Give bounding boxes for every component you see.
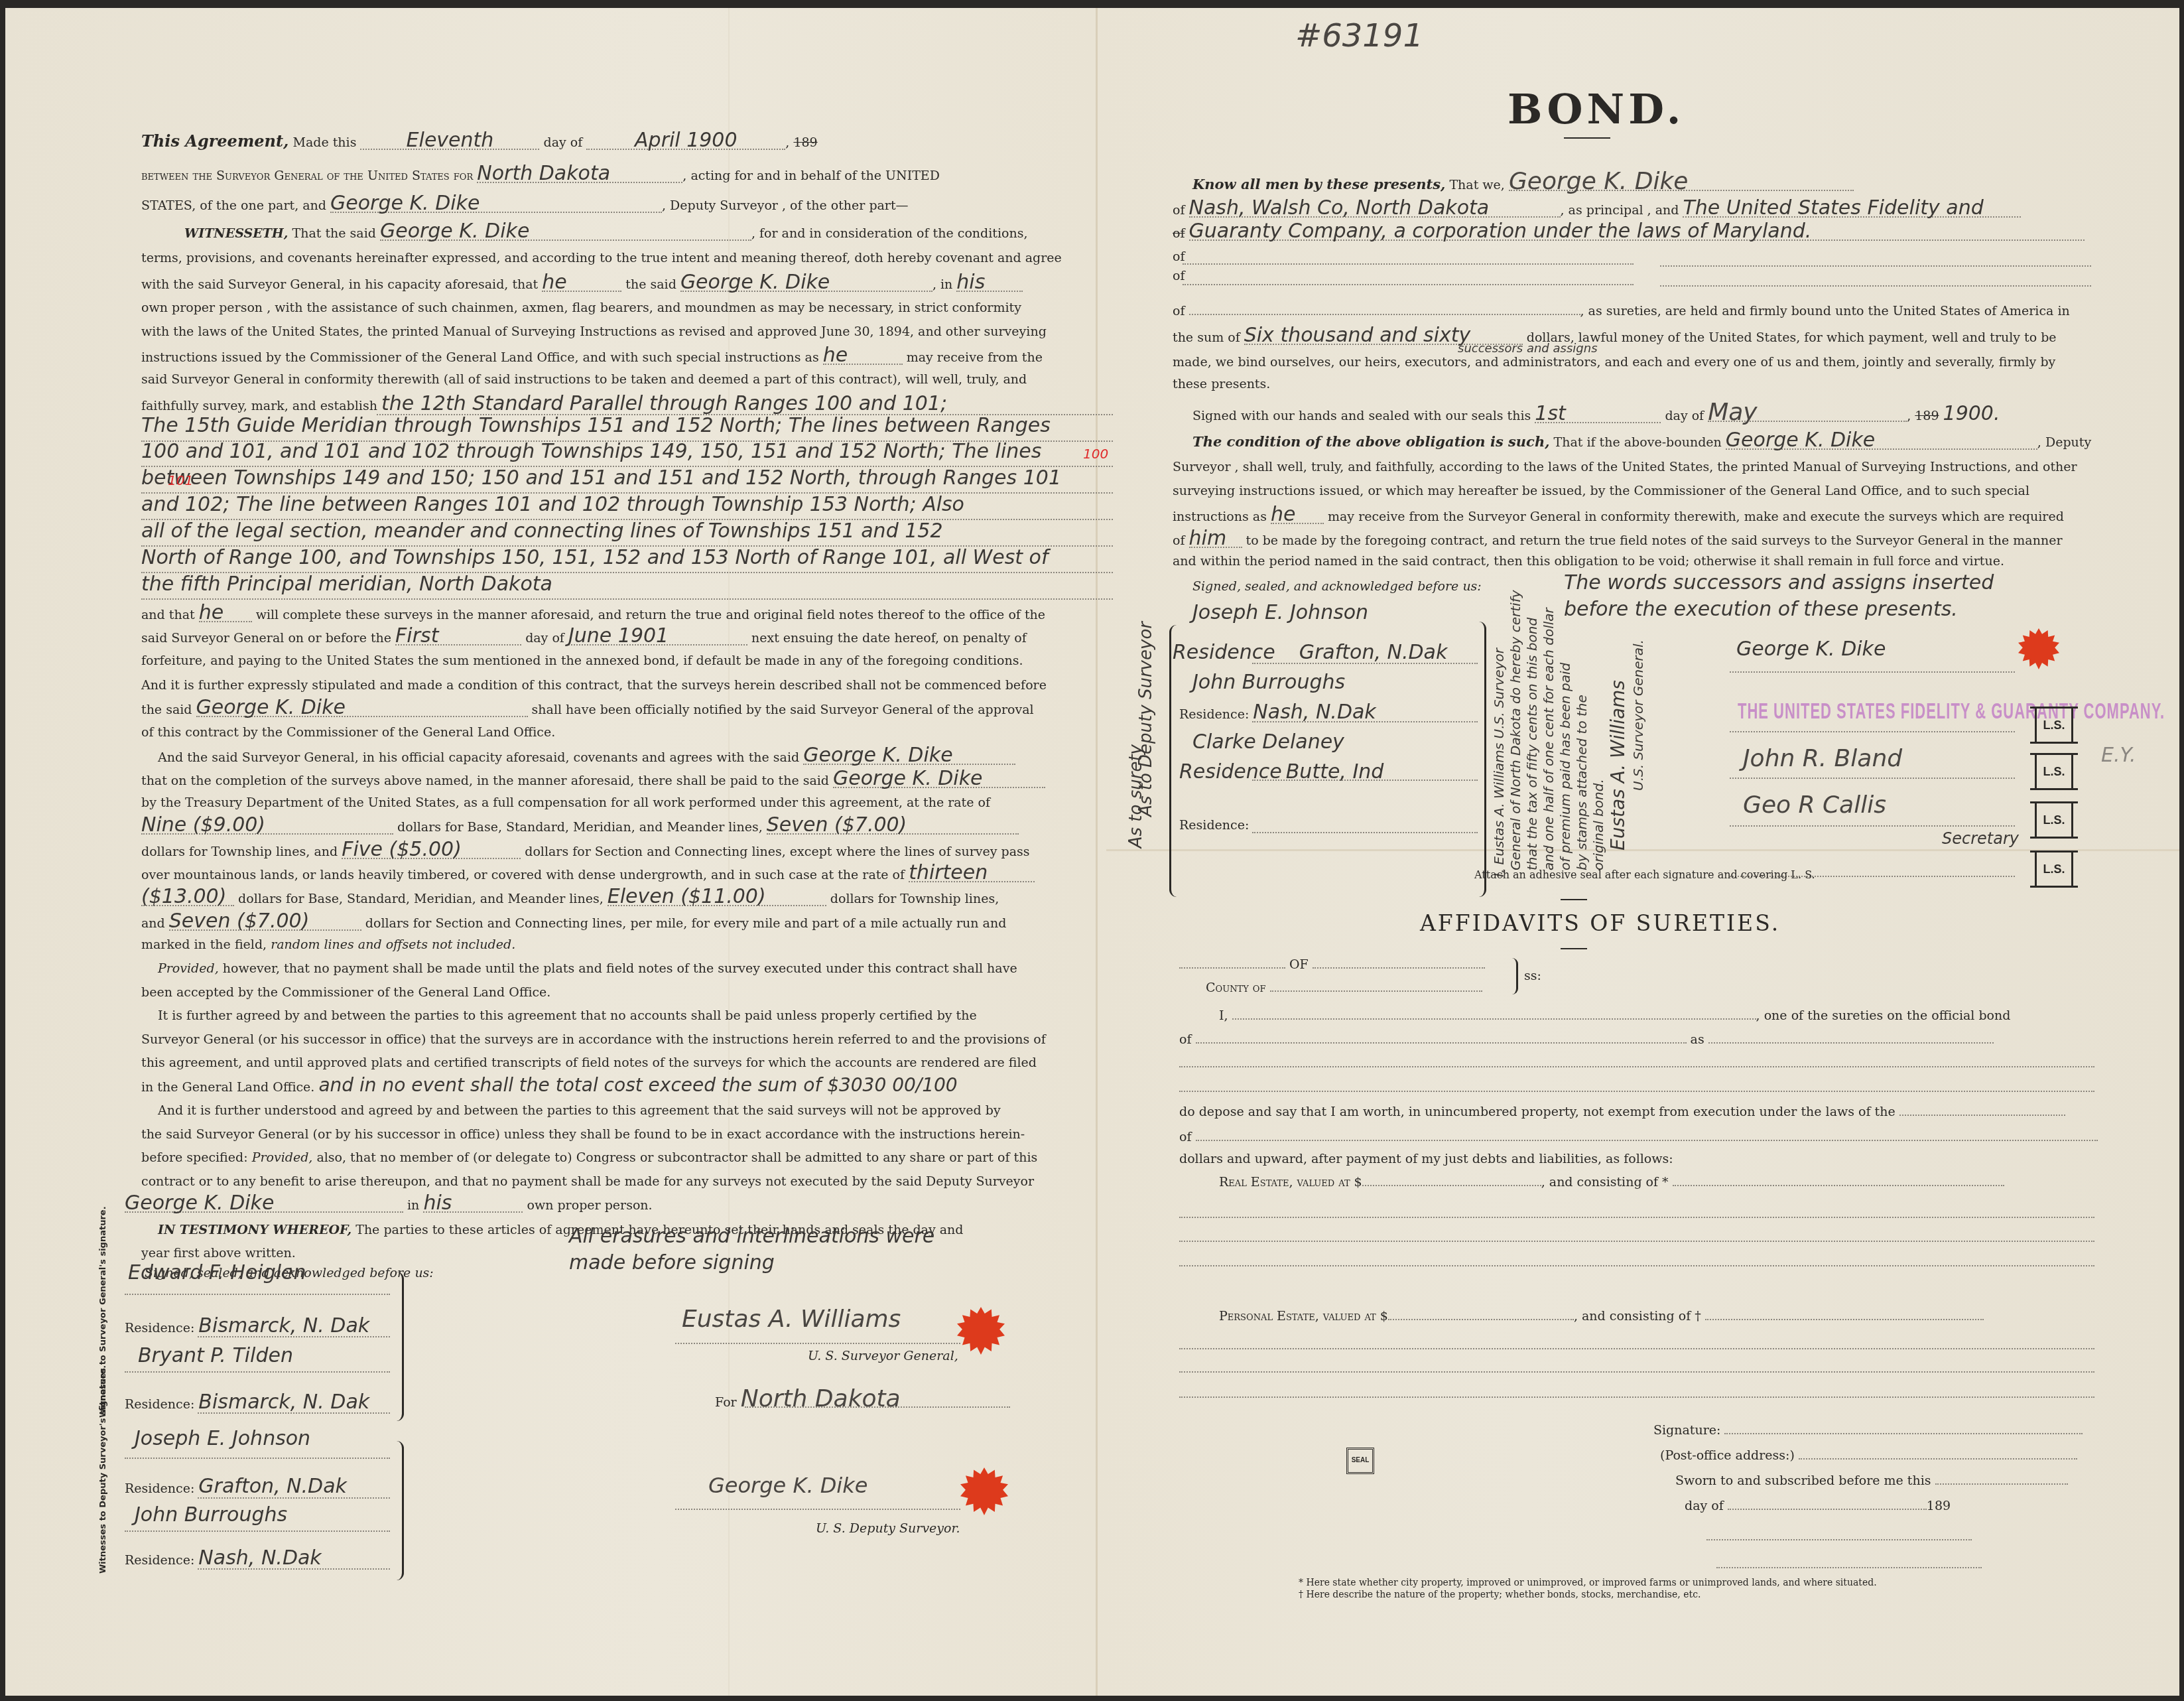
state-field[interactable] (1899, 1115, 2065, 1116)
survey-description-line: the fifth Principal meridian, North Dako… (141, 577, 552, 592)
footnote: † Here describe the nature of the proper… (1299, 1589, 1701, 1601)
survey-description-line: The 15th Guide Meridian through Township… (141, 418, 1051, 434)
as-field[interactable] (1708, 1042, 1994, 1044)
worth-field[interactable] (1196, 1140, 2098, 1141)
words-inserted-note: before the execution of these presents. (1564, 602, 1958, 618)
survey-description-line: and 102; The line between Ranges 101 and… (141, 497, 964, 513)
agreement-line-3: STATES, of the one part, and George K. D… (141, 196, 909, 214)
officer-signature-field[interactable] (1706, 1539, 1972, 1540)
surety-name-field[interactable] (1232, 1018, 1756, 1020)
bond-signature: Geo R Callis (1743, 797, 1886, 813)
rate-section-lines: Five ($5.00) (342, 842, 521, 859)
deputy-surveyor-signature: George K. Dike (708, 1477, 867, 1493)
ls-seal-box: L.S. (2035, 803, 2073, 837)
rate-base-lines: Nine ($9.00) (141, 817, 393, 835)
real-estate-desc-field[interactable] (1673, 1185, 2004, 1186)
witness-residence: Bismarck, N. Dak (198, 1314, 369, 1337)
witness-name: Bryant P. Tilden (138, 1348, 293, 1364)
agreement-line-1: This Agreement, Made this Eleventh day o… (141, 133, 818, 151)
bond-witness-name: John Burroughs (1192, 675, 1345, 691)
blank-line[interactable] (1179, 1066, 2094, 1067)
bond-witness-name: Clarke Delaney (1192, 734, 1344, 750)
post-office-field[interactable] (1799, 1458, 2077, 1460)
witness-residence: Grafton, N.Dak (198, 1475, 347, 1498)
red-correction: 101 (168, 472, 193, 488)
center-fold (1096, 8, 1098, 1696)
initials: E.Y. (2101, 748, 2136, 764)
bond-title: BOND. (1508, 86, 1685, 133)
agreement-line-2: between the Surveyor General of the Unit… (141, 166, 940, 184)
state-field: North Dakota (477, 166, 682, 183)
real-estate-value-field[interactable] (1362, 1185, 1541, 1186)
bond-witness-name: Joseph E. Johnson (1192, 605, 1368, 621)
survey-description-line: North of Range 100, and Townships 150, 1… (141, 550, 1049, 566)
blank-line[interactable] (1179, 1241, 2094, 1242)
horizontal-fold (1106, 849, 2179, 851)
day-field: Eleventh (360, 133, 539, 150)
file-number: #63191 (1295, 28, 1423, 44)
erasure-note: All erasures and interlineations were (569, 1229, 934, 1245)
bond-signature: George K. Dike (1736, 642, 1886, 657)
signature-field[interactable] (1724, 1433, 2083, 1434)
ornament-rule (1564, 137, 1610, 139)
ls-seal-box: L.S. (2035, 754, 2073, 789)
party-field: George K. Dike (330, 196, 662, 213)
red-correction: 100 (1083, 446, 1108, 462)
agreement-line-4: WITNESSETH, That the said George K. Dike… (184, 224, 1028, 241)
surety-name: The United States Fidelity and (1683, 200, 2021, 218)
certificate-signature: Eustas A. Williams (1607, 645, 1629, 850)
words-inserted-note: The words successors and assigns inserte… (1564, 575, 1994, 591)
document-paper: This Agreement, Made this Eleventh day o… (5, 8, 2179, 1696)
erasure-note: made before signing (569, 1255, 775, 1271)
rate-township-lines: Seven ($7.00) (767, 817, 1019, 835)
blank-line[interactable] (1179, 1396, 2094, 1398)
seal-icon: SEAL (1346, 1448, 1374, 1474)
bond-of-field[interactable] (1196, 1042, 1687, 1044)
witness-ds-label: Witnesses to Deputy Surveyor's signature… (98, 1448, 109, 1574)
personal-estate-value-field[interactable] (1388, 1319, 1574, 1320)
blank-line[interactable] (1179, 1265, 2094, 1266)
sworn-month-field[interactable] (1728, 1509, 1927, 1510)
witness-name: John Burroughs (135, 1507, 287, 1523)
officer-title-field[interactable] (1716, 1567, 1982, 1568)
personal-estate-desc-field[interactable] (1705, 1319, 1984, 1320)
blank-line[interactable] (1179, 1348, 2094, 1349)
agreement-heading: This Agreement, (141, 131, 289, 151)
survey-description-line: between Townships 149 and 150; 150 and 1… (141, 470, 1061, 486)
company-stamp: THE UNITED STATES FIDELITY & GUARANTY CO… (1738, 699, 2165, 723)
principal-name: George K. Dike (1509, 174, 1854, 191)
ls-seal-box: L.S. (2035, 708, 2073, 742)
blank-line[interactable] (1179, 1371, 2094, 1373)
survey-description-line: the 12th Standard Parallel through Range… (381, 392, 947, 415)
survey-description-line: 100 and 101, and 101 and 102 through Tow… (141, 444, 1041, 460)
witness-name: Edward F. Heiglen (128, 1265, 306, 1281)
witness-residence: Nash, N.Dak (198, 1546, 321, 1570)
principal-place: Nash, Walsh Co, North Dakota (1189, 200, 1561, 218)
wax-seal-icon (2018, 628, 2059, 669)
surveyor-general-signature: Eustas A. Williams (682, 1312, 901, 1327)
cost-limit-clause: and in no event shall the total cost exc… (318, 1074, 957, 1096)
wax-seal-icon (960, 1467, 1008, 1515)
ls-seal-box: L.S. (2035, 852, 2073, 886)
bond-signature: John R. Bland (1743, 751, 1902, 767)
margin-note: As to surety (1126, 744, 1146, 848)
affidavit-title: AFFIDAVITS OF SURETIES. (1420, 910, 1780, 937)
survey-description-line: all of the legal section, meander and co… (141, 523, 942, 539)
month-year-field: April 1900 (586, 133, 785, 150)
witness-residence: Bismarck, N. Dak (198, 1391, 369, 1414)
blank-line[interactable] (1179, 1217, 2094, 1218)
sworn-day-field[interactable] (1935, 1483, 2068, 1485)
witness-name: Joseph E. Johnson (135, 1431, 310, 1447)
wax-seal-icon (957, 1307, 1005, 1355)
blank-line[interactable] (1179, 1091, 2094, 1092)
footnote: * Here state whether city property, impr… (1299, 1577, 1877, 1589)
